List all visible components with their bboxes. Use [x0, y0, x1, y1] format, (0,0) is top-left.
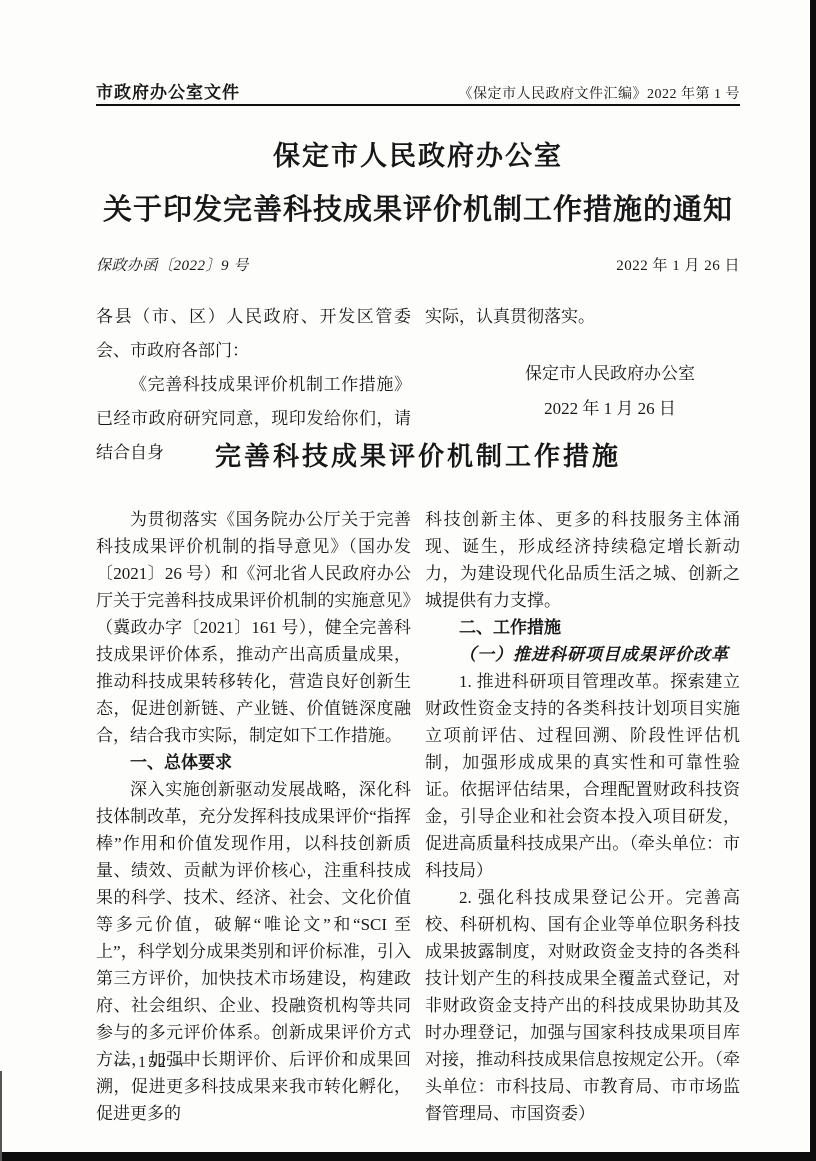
body-para1: 为贯彻落实《国务院办公厅关于完善科技成果评价机制的指导意见》（国办发〔2021〕…	[96, 506, 411, 749]
body-heading2: 二、工作措施	[425, 614, 740, 641]
body-para3: 1. 推进科研项目管理改革。探索建立财政性资金支持的各类科技计划项目实施立项前评…	[425, 668, 740, 884]
scan-edge-bottom	[0, 1152, 816, 1161]
doc-meta-row: 保政办函〔2022〕9 号 2022 年 1 月 26 日	[96, 254, 740, 275]
body-para2-right: 科技创新主体、更多的科技服务主体涌现、诞生，形成经济持续稳定增长新动力，为建设现…	[425, 506, 740, 614]
main-body: 为贯彻落实《国务院办公厅关于完善科技成果评价机制的指导意见》（国办发〔2021〕…	[96, 506, 740, 1127]
notice-body-right: 实际，认真贯彻落实。	[425, 300, 740, 334]
section-title: 完善科技成果评价机制工作措施	[96, 436, 740, 473]
document-title-subject: 关于印发完善科技成果评价机制工作措施的通知	[96, 187, 740, 228]
main-right-column: 科技创新主体、更多的科技服务主体涌现、诞生，形成经济持续稳定增长新动力，为建设现…	[425, 506, 740, 1127]
doc-number: 保政办函〔2022〕9 号	[96, 254, 249, 275]
signature-block: 保定市人民政府办公室 2022 年 1 月 26 日	[425, 356, 740, 426]
signature-date: 2022 年 1 月 26 日	[480, 391, 740, 426]
document-title-issuer: 保定市人民政府办公室	[96, 134, 740, 173]
page-number: — 152 —	[114, 1054, 192, 1072]
notice-addressee: 各县（市、区）人民政府、开发区管委会、市政府各部门：	[96, 300, 411, 368]
document-page: 市政府办公室文件 《保定市人民政府文件汇编》2022 年第 1 号 保定市人民政…	[0, 0, 816, 1161]
body-heading1: 一、总体要求	[96, 749, 411, 776]
signature-issuer: 保定市人民政府办公室	[480, 356, 740, 391]
body-para4: 2. 强化科技成果登记公开。完善高校、科研机构、国有企业等单位职务科技成果披露制…	[425, 884, 740, 1127]
body-para2-left: 深入实施创新驱动发展战略，深化科技体制改革，充分发挥科技成果评价“指挥棒”作用和…	[96, 776, 411, 1127]
header-compilation-info: 《保定市人民政府文件汇编》2022 年第 1 号	[459, 83, 741, 103]
header-rule	[96, 104, 740, 106]
main-left-column: 为贯彻落实《国务院办公厅关于完善科技成果评价机制的指导意见》（国办发〔2021〕…	[96, 506, 411, 1127]
document-title: 保定市人民政府办公室 关于印发完善科技成果评价机制工作措施的通知	[96, 134, 740, 228]
page-header: 市政府办公室文件 《保定市人民政府文件汇编》2022 年第 1 号	[96, 78, 740, 103]
scan-edge-left	[0, 1071, 2, 1161]
doc-date: 2022 年 1 月 26 日	[616, 254, 740, 275]
scan-edge-right	[810, 0, 816, 1161]
header-doc-category: 市政府办公室文件	[96, 78, 240, 103]
body-subheading1: （一）推进科研项目成果评价改革	[425, 641, 740, 668]
